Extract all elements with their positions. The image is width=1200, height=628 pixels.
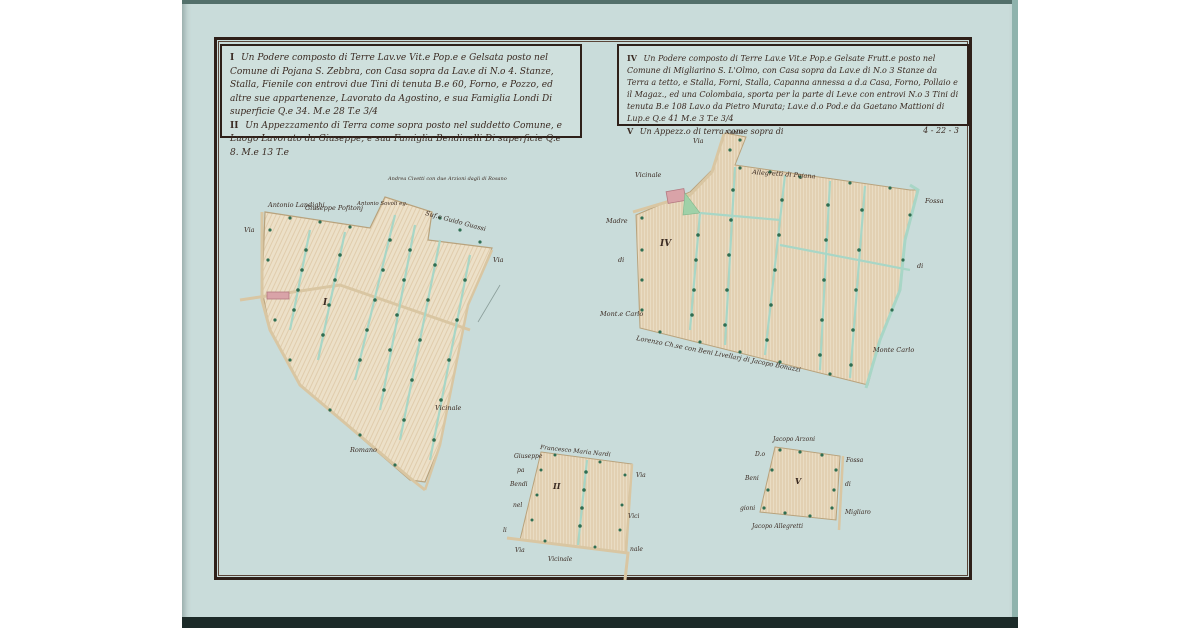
svg-text:di: di	[845, 481, 851, 488]
svg-text:Migliaro: Migliaro	[844, 509, 871, 516]
svg-text:Madre: Madre	[605, 217, 628, 225]
svg-text:Via: Via	[515, 547, 525, 554]
svg-text:di: di	[917, 262, 923, 270]
svg-text:Antonio Sovoli eg.: Antonio Sovoli eg.	[356, 201, 408, 207]
svg-text:Vicinale: Vicinale	[435, 404, 462, 412]
plot-label-V: V	[795, 476, 802, 486]
svg-text:Mont.e Carlo: Mont.e Carlo	[599, 310, 643, 318]
plot-label-II: II	[552, 481, 561, 491]
plot-label-I: I	[322, 298, 328, 308]
svg-text:Giuseppe: Giuseppe	[514, 453, 543, 460]
svg-text:Vici: Vici	[628, 513, 640, 520]
plot-label-IV: IV	[659, 239, 672, 249]
plot-V: V	[760, 447, 843, 530]
svg-text:Via: Via	[493, 256, 504, 264]
svg-text:Fossa: Fossa	[924, 197, 944, 205]
svg-text:Fossa: Fossa	[845, 457, 864, 464]
svg-text:nale: nale	[630, 546, 643, 553]
svg-text:Nobile: Nobile	[724, 130, 744, 136]
svg-text:Suf.e Guido Guassi: Suf.e Guido Guassi	[424, 209, 486, 233]
farmhouse-icon	[666, 189, 686, 204]
svg-text:Vicinale: Vicinale	[548, 556, 573, 563]
svg-text:Giuseppe Pofitonj: Giuseppe Pofitonj	[305, 204, 363, 212]
svg-text:Vicinale: Vicinale	[635, 171, 662, 179]
svg-text:Jacopo Arzoni: Jacopo Arzoni	[771, 436, 815, 443]
svg-text:Via: Via	[636, 472, 646, 479]
svg-text:D.o: D.o	[754, 451, 766, 458]
svg-text:Jacopo Allegretti: Jacopo Allegretti	[750, 523, 803, 530]
svg-text:Via: Via	[693, 137, 704, 145]
svg-text:Andrea Civetti con due Arzioni: Andrea Civetti con due Arzioni dagli di …	[387, 176, 507, 182]
svg-text:nel: nel	[513, 502, 522, 509]
svg-text:di: di	[618, 256, 624, 264]
svg-text:Romano: Romano	[349, 446, 377, 454]
estate-map: I Antonio Landighi Giuseppe Pofitonj Ant…	[0, 0, 1200, 628]
svg-text:Via: Via	[244, 226, 255, 234]
svg-text:gioni: gioni	[740, 505, 755, 512]
building-icon	[267, 292, 289, 299]
svg-text:Bendi: Bendi	[509, 481, 528, 488]
svg-text:pa: pa	[517, 467, 525, 474]
svg-text:Monte Carlo: Monte Carlo	[872, 346, 914, 354]
svg-text:Beni: Beni	[744, 475, 759, 482]
svg-text:li: li	[503, 527, 507, 534]
